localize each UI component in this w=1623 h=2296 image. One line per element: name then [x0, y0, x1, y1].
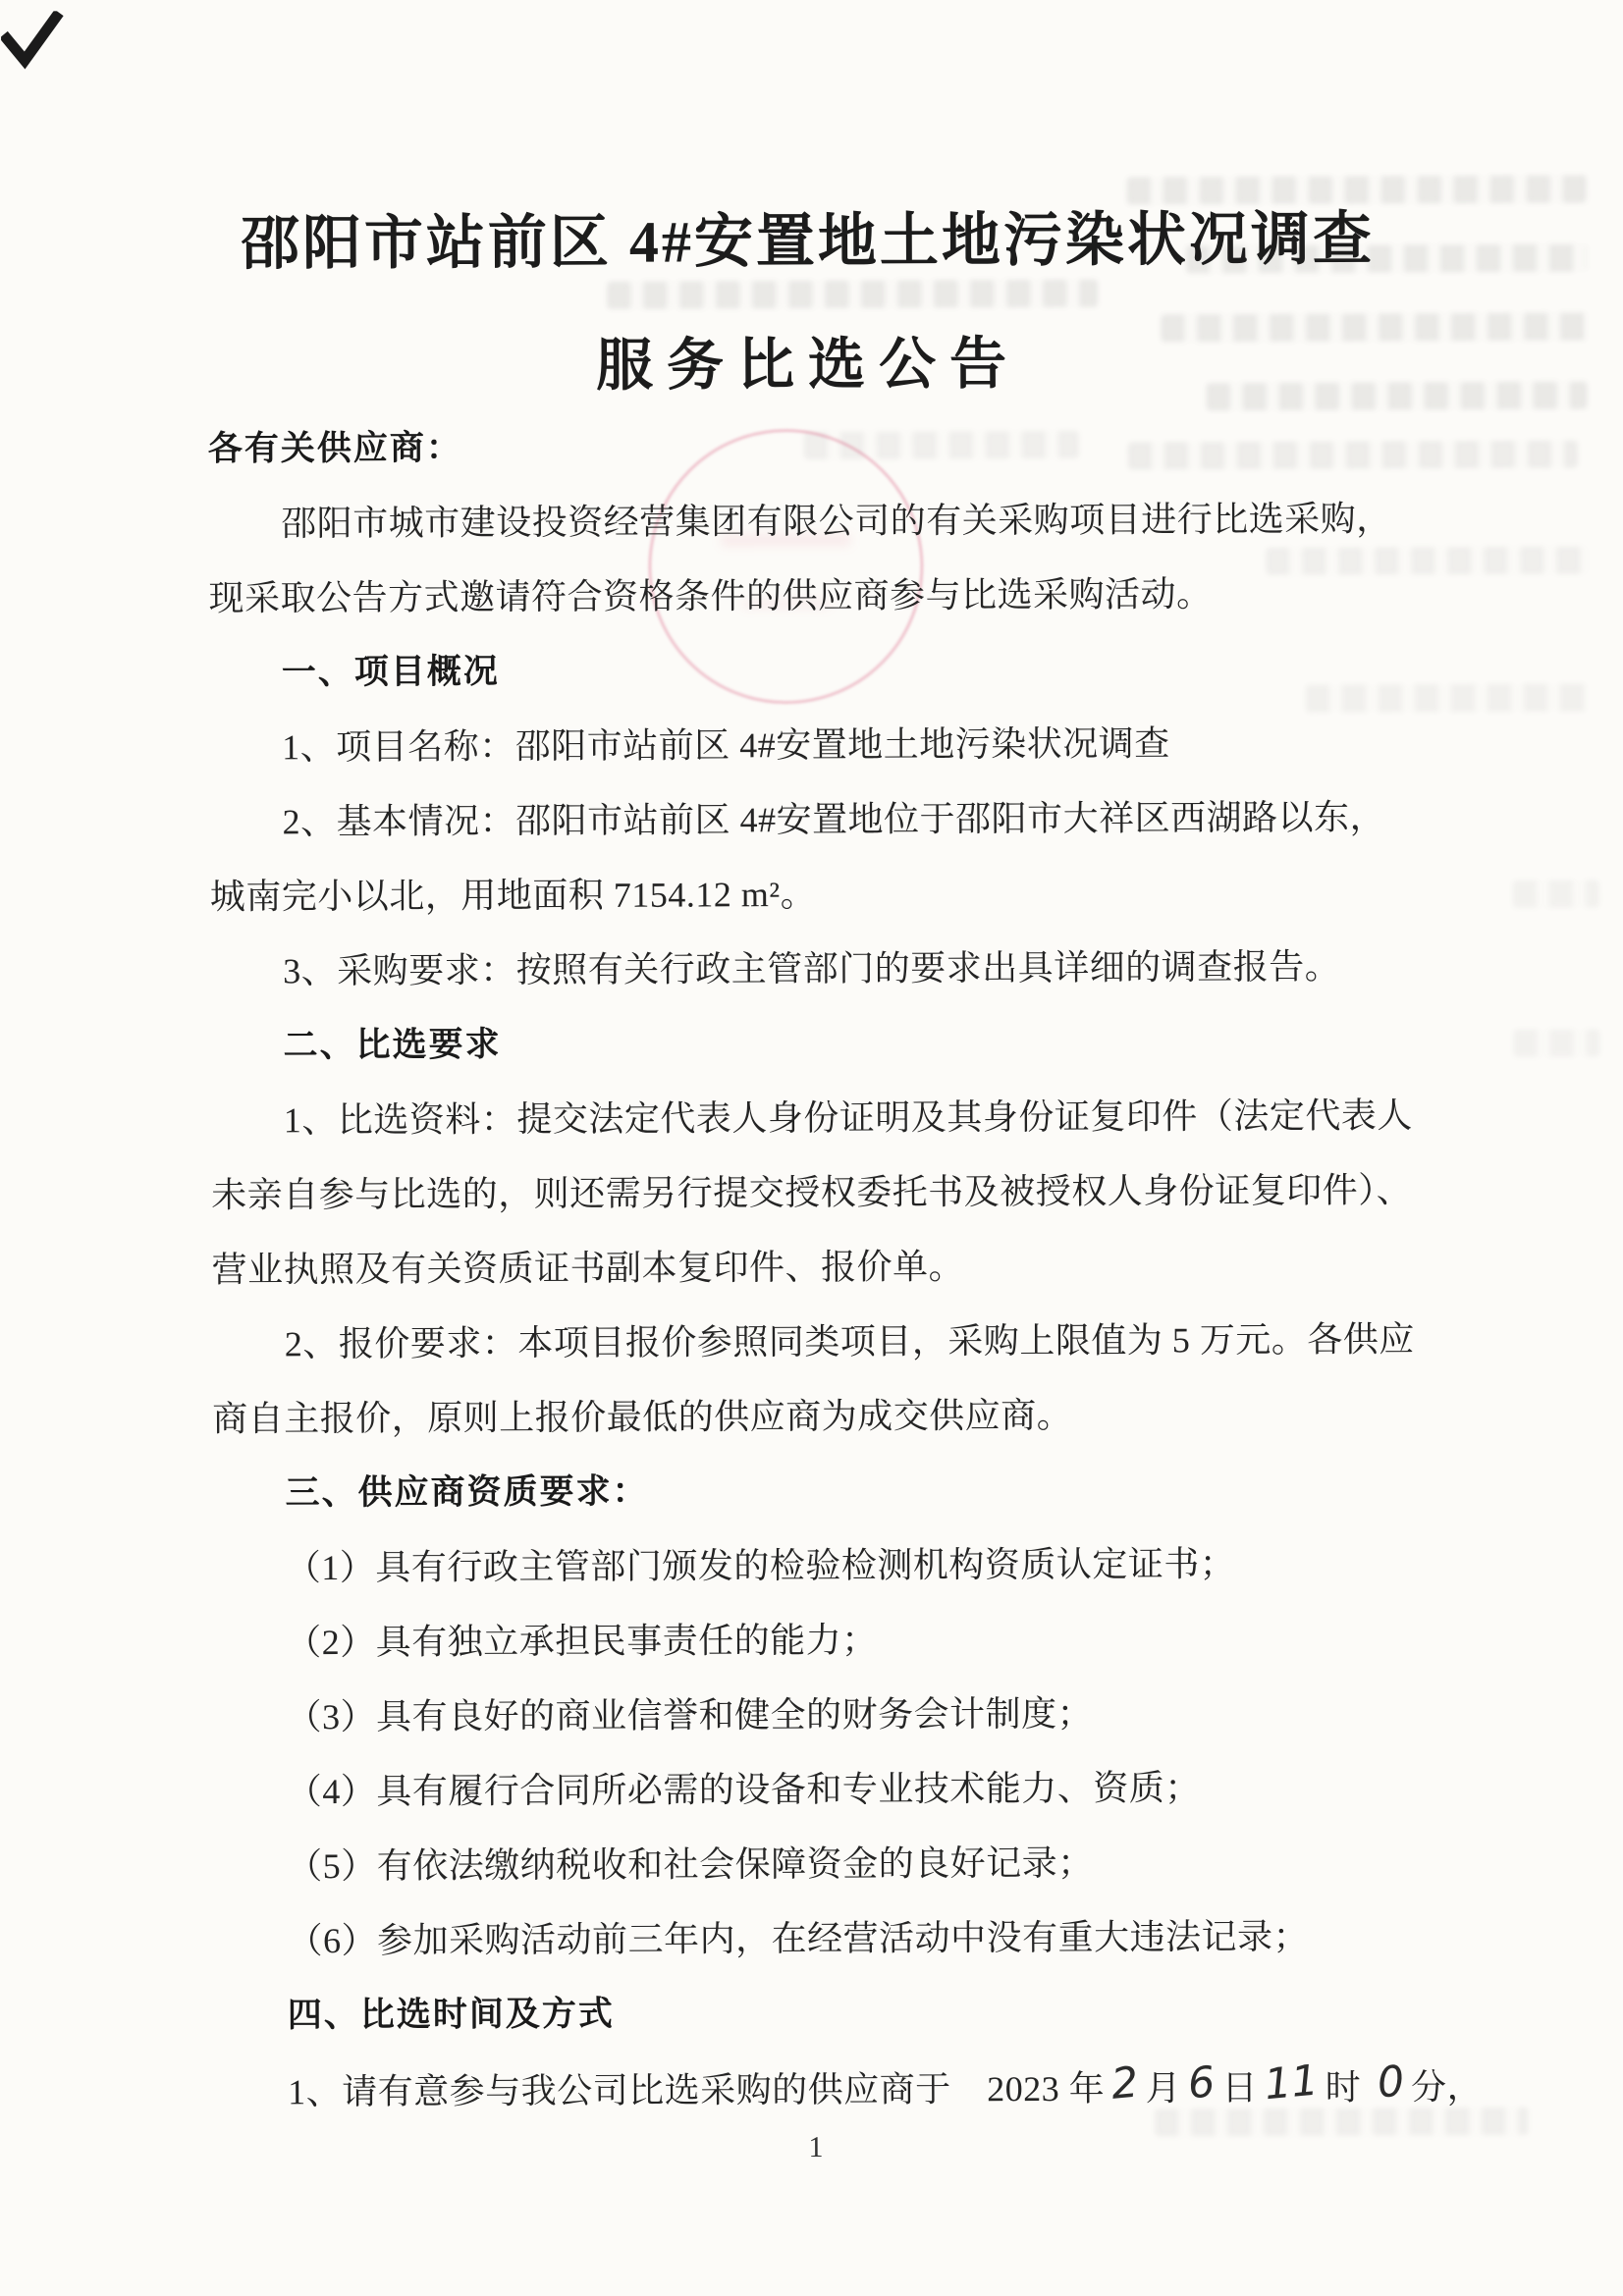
text-line: 一、项目概况 [209, 630, 1476, 711]
text-line: 各有关供应商： [208, 406, 1475, 487]
text-line: 现采取公告方式邀请符合资格条件的供应商参与比选采购活动。 [208, 556, 1475, 636]
text-line: （3）具有良好的商业信誉和健全的财务会计制度； [213, 1675, 1480, 1755]
printed-text: 分， [1411, 2067, 1483, 2107]
handwritten-number: 6 [1184, 2045, 1217, 2121]
handwritten-number: 2 [1108, 2046, 1141, 2122]
scan-corner-mark [1, 11, 64, 74]
text-line: 三、供应商资质要求： [212, 1451, 1479, 1531]
text-line: （1）具有行政主管部门颁发的检验检测机构资质认定证书； [213, 1525, 1480, 1606]
text-line: （2）具有独立承担民事责任的能力； [213, 1600, 1480, 1681]
text-line: 邵阳市城市建设投资经营集团有限公司的有关采购项目进行比选采购， [208, 481, 1475, 561]
printed-text: 日 [1221, 2068, 1258, 2108]
text-line: 二、比选要求 [210, 1003, 1477, 1084]
text-line: 1、请有意参与我公司比选采购的供应商于 2023 年2月6日11时 0分， [215, 2048, 1482, 2128]
text-line: 未亲自参与比选的，则还需另行提交授权委托书及被授权人身份证复印件）、 [211, 1152, 1478, 1233]
bleedthrough-smudge [1513, 1029, 1599, 1056]
text-line: 四、比选时间及方式 [215, 1973, 1482, 2054]
scanned-document-page: 邵阳市站前区 4#安置地土地污染状况调查 服务比选公告 各有关供应商：邵阳市城市… [0, 0, 1623, 2296]
handwritten-number: 11 [1261, 2044, 1321, 2123]
text-line: （4）具有履行合同所必需的设备和专业技术能力、资质； [214, 1749, 1481, 1830]
text-line: 2、基本情况：邵阳市站前区 4#安置地位于邵阳市大祥区西湖路以东， [209, 779, 1476, 860]
document-title-line1: 邵阳市站前区 4#安置地土地污染状况调查 [0, 190, 1619, 282]
handwritten-number: 0 [1374, 2044, 1407, 2120]
text-line: （6）参加采购活动前三年内，在经营活动中没有重大违法记录； [214, 1898, 1481, 1979]
text-line: 3、采购要求：按照有关行政主管部门的要求出具详细的调查报告。 [210, 929, 1477, 1009]
page-number: 1 [4, 2122, 1623, 2172]
text-line: （5）有依法缴纳税收和社会保障资金的良好记录； [214, 1824, 1481, 1904]
document-content: 邵阳市站前区 4#安置地土地污染状况调查 服务比选公告 各有关供应商：邵阳市城市… [0, 0, 1623, 2296]
text-line: 营业执照及有关资质证书副本复印件、报价单。 [211, 1227, 1478, 1308]
printed-text: 时 [1325, 2068, 1371, 2108]
document-lines: 各有关供应商：邵阳市城市建设投资经营集团有限公司的有关采购项目进行比选采购，现采… [208, 406, 1483, 2128]
text-line: 城南完小以北，用地面积 7154.12 m²。 [210, 854, 1477, 934]
document-title-line2: 服务比选公告 [0, 314, 1620, 403]
text-line: 1、项目名称：邵阳市站前区 4#安置地土地污染状况调查 [209, 705, 1476, 785]
text-line: 商自主报价，原则上报价最低的供应商为成交供应商。 [212, 1376, 1479, 1457]
printed-text: 1、请有意参与我公司比选采购的供应商于 2023 年 [288, 2069, 1105, 2112]
printed-text: 月 [1145, 2068, 1181, 2108]
text-line: 1、比选资料：提交法定代表人身份证明及其身份证复印件（法定代表人 [211, 1078, 1478, 1158]
text-line: 2、报价要求：本项目报价参照同类项目，采购上限值为 5 万元。各供应 [212, 1302, 1479, 1382]
bleedthrough-smudge [607, 280, 1098, 309]
bleedthrough-smudge [1513, 880, 1599, 907]
